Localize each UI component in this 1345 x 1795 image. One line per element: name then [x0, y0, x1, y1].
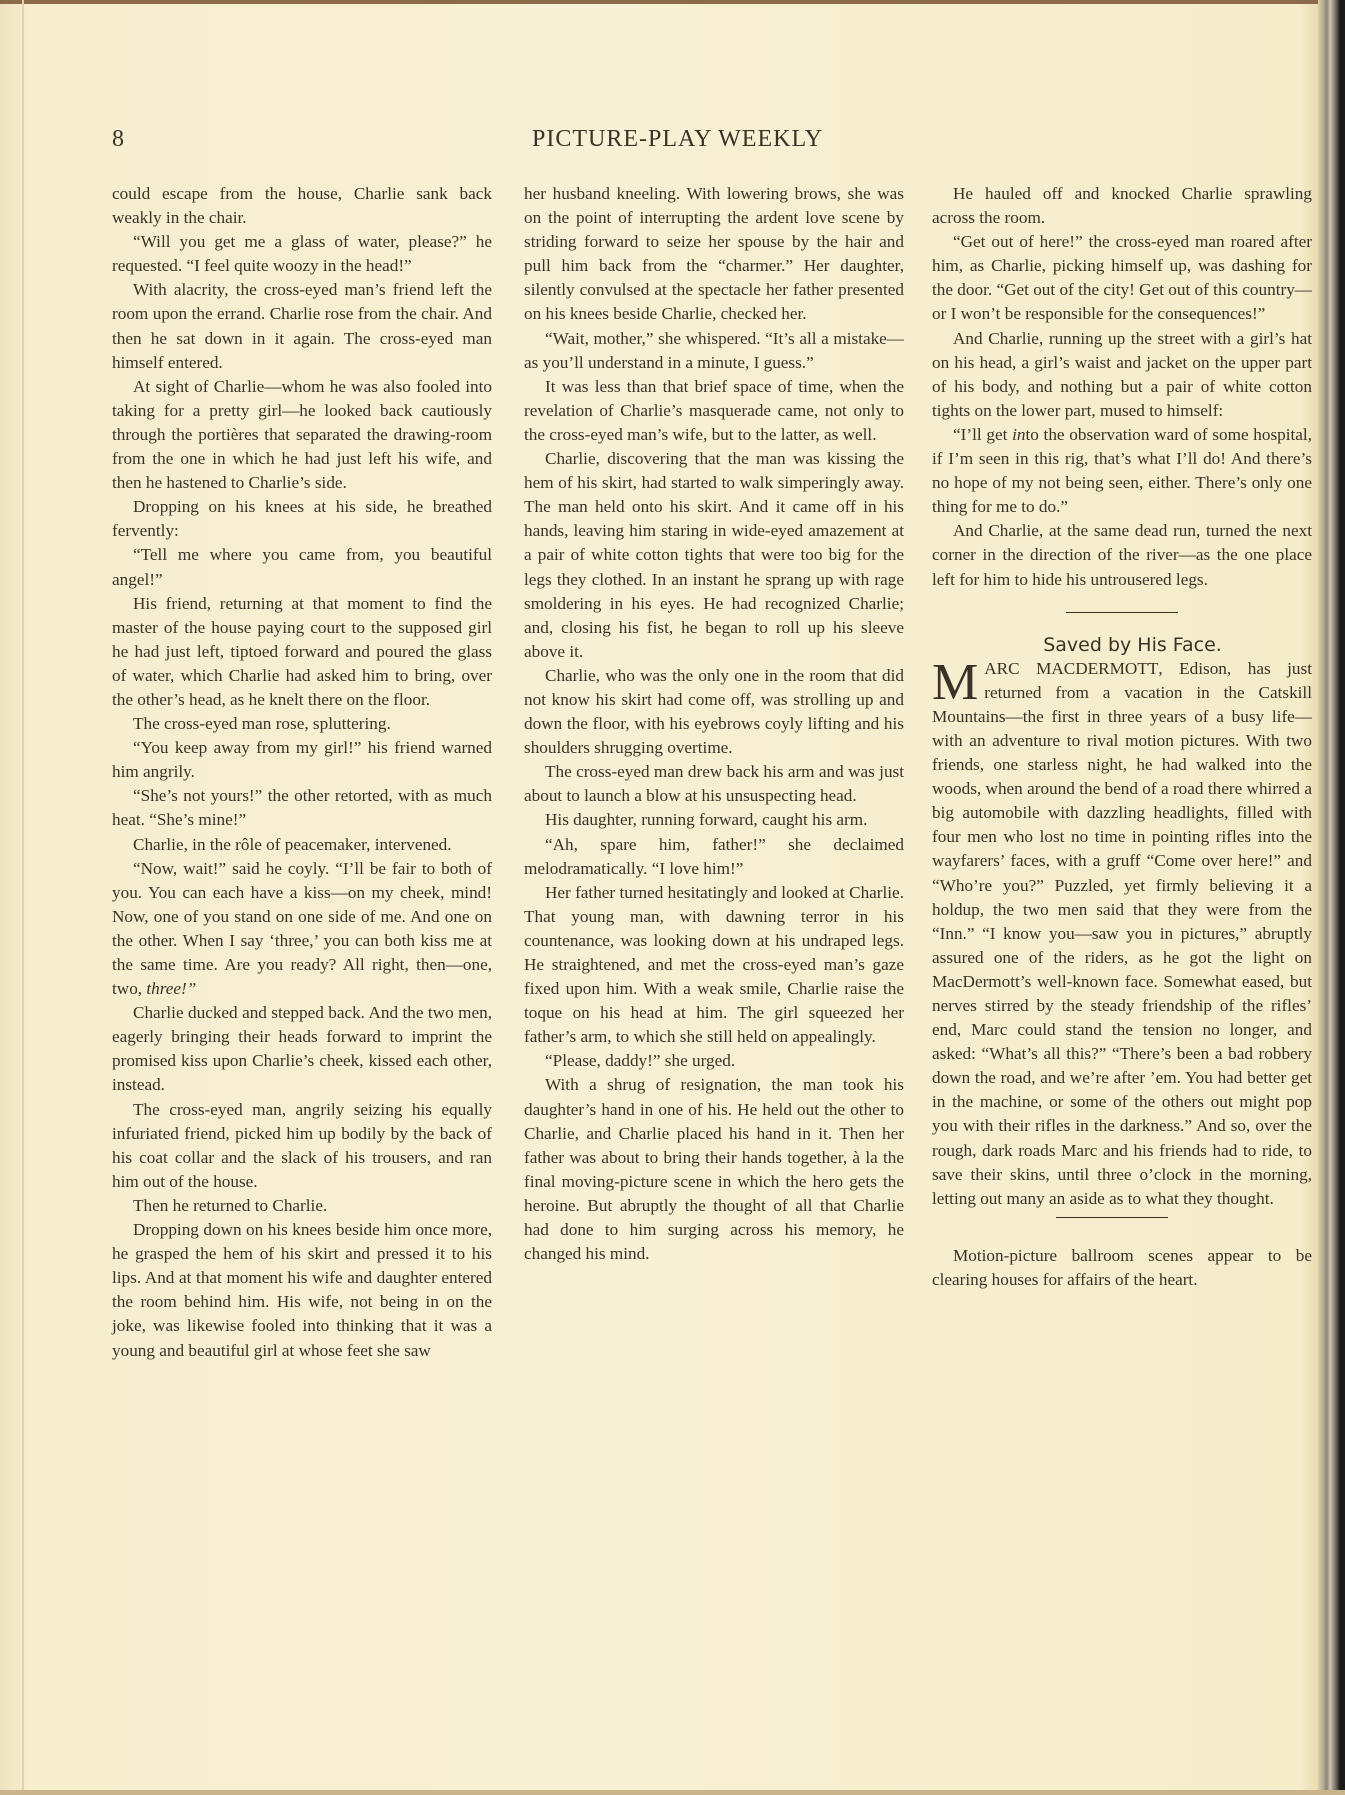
paragraph: “Tell me where you came from, you beauti… — [112, 543, 492, 591]
drop-cap: M — [932, 661, 978, 705]
paragraph: “Will you get me a glass of water, pleas… — [112, 230, 492, 278]
paragraph: The cross-eyed man drew back his arm and… — [524, 760, 904, 808]
binding-edge — [22, 0, 24, 1795]
paragraph: “Get out of here!” the cross-eyed man ro… — [932, 230, 1312, 326]
paragraph: The cross-eyed man rose, spluttering. — [112, 712, 492, 736]
paragraph: Charlie, who was the only one in the roo… — [524, 664, 904, 760]
column-2: her husband kneeling. With lowering brow… — [524, 182, 904, 1266]
paragraph: Her father turned hesitatingly and looke… — [524, 881, 904, 1050]
paragraph: And Charlie, at the same dead run, turne… — [932, 519, 1312, 591]
running-title: PICTURE-PLAY WEEKLY — [532, 126, 823, 153]
emphasis-in: in — [1012, 425, 1025, 444]
paragraph: “Wait, mother,” she whispered. “It’s all… — [524, 327, 904, 375]
lead-text: , Edison, has just returned from a vacat… — [932, 659, 1312, 1208]
paragraph-text: “Now, wait!” said he coyly. “I’ll be fai… — [112, 859, 492, 998]
paragraph: Charlie ducked and stepped back. And the… — [112, 1001, 492, 1097]
paragraph: Charlie, in the rôle of peacemaker, inte… — [112, 833, 492, 857]
emphasis-three: three!” — [146, 979, 196, 998]
section-divider — [1066, 612, 1178, 613]
page-number: 8 — [112, 126, 124, 153]
paragraph: her husband kneeling. With lowering brow… — [524, 182, 904, 327]
paragraph: With a shrug of resignation, the man too… — [524, 1073, 904, 1266]
paragraph: “I’ll get into the observation ward of s… — [932, 423, 1312, 519]
paragraph: Dropping down on his knees beside him on… — [112, 1218, 492, 1363]
paragraph: “Now, wait!” said he coyly. “I’ll be fai… — [112, 857, 492, 1002]
story-end-divider — [1056, 1217, 1168, 1218]
paragraph: The cross-eyed man, angrily seizing his … — [112, 1098, 492, 1194]
lead-paragraph: MARC MACDERMOTT, Edison, has just return… — [932, 657, 1312, 1211]
paragraph: could escape from the house, Charlie san… — [112, 182, 492, 230]
paragraph: And Charlie, running up the street with … — [932, 327, 1312, 423]
column-1: could escape from the house, Charlie san… — [112, 182, 492, 1363]
paragraph: “Please, daddy!” she urged. — [524, 1049, 904, 1073]
paragraph: His daughter, running forward, caught hi… — [524, 808, 904, 832]
paragraph: Dropping on his knees at his side, he br… — [112, 495, 492, 543]
column-3: He hauled off and knocked Charlie sprawl… — [932, 182, 1312, 1292]
paragraph: It was less than that brief space of tim… — [524, 375, 904, 447]
filler-paragraph: Motion-picture ballroom scenes appear to… — [932, 1244, 1312, 1292]
paragraph: Charlie, discovering that the man was ki… — [524, 447, 904, 664]
bottom-edge — [0, 1790, 1345, 1795]
page-gutter-shadow — [1318, 0, 1345, 1795]
quote-text: “I’ll get — [953, 425, 1012, 444]
paragraph: Then he returned to Charlie. — [112, 1194, 492, 1218]
paragraph: With alacrity, the cross-eyed man’s frie… — [112, 278, 492, 374]
paragraph: He hauled off and knocked Charlie sprawl… — [932, 182, 1312, 230]
section-title: Saved by His Face. — [932, 633, 1312, 657]
paragraph: At sight of Charlie—whom he was also foo… — [112, 375, 492, 495]
paragraph: His friend, returning at that moment to … — [112, 592, 492, 712]
page-header: 8 PICTURE-PLAY WEEKLY — [112, 126, 1282, 160]
top-border — [0, 0, 1345, 4]
magazine-page: 8 PICTURE-PLAY WEEKLY could escape from … — [0, 0, 1345, 1795]
paragraph: “She’s not yours!” the other retorted, w… — [112, 784, 492, 832]
paragraph: “Ah, spare him, father!” she declaimed m… — [524, 833, 904, 881]
lead-name: ARC MACDERMOTT — [984, 659, 1158, 678]
paragraph: “You keep away from my girl!” his friend… — [112, 736, 492, 784]
